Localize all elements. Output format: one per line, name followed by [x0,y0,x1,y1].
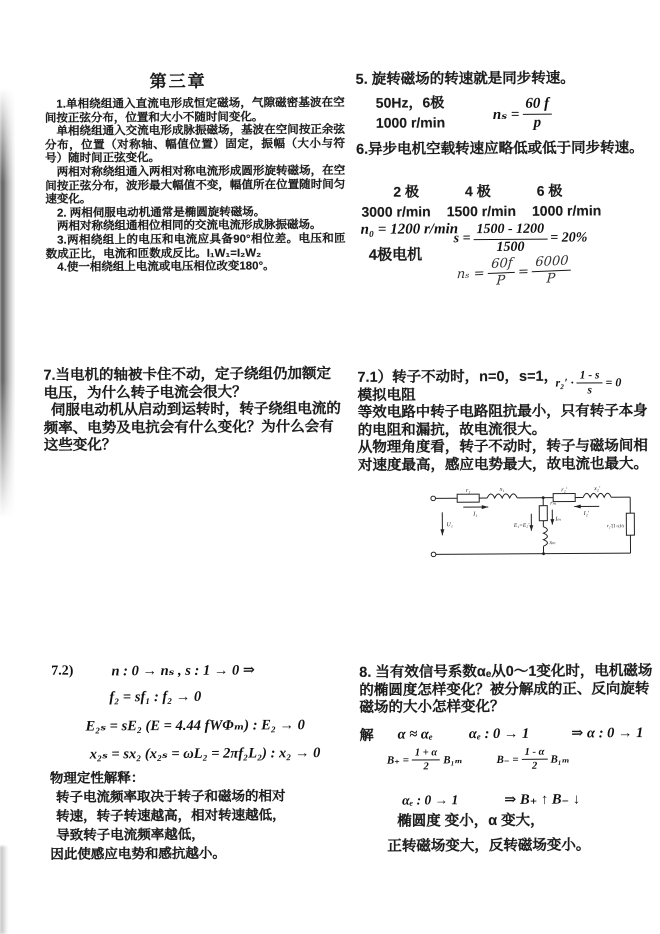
physics-line-4: 导致转子电流频率越低， [50,824,286,844]
resistor-r1-icon [457,494,479,502]
physics-line-2: 转子电流频率取决于转子和磁场的相对 [50,786,286,806]
fraction-denominator: 1500 [493,239,527,255]
inductor-x2-icon [583,493,611,497]
note-paragraph-3: 两相对称绕组通入两相对称电流形成圆形旋转磁场，在空间按正弦分布，波形最大幅值不变… [45,165,345,208]
speed-4pole: 1500 r/min [447,203,516,219]
answer-7-1-para1: 等效电路中转子电路阻抗最小，只有转子本身的电阻和漏抗，故电流很大。 [358,403,658,440]
point-6-title: 6.异步电机空载转速应略低或低于同步转速。 [356,140,652,159]
fraction-numerator: 1 - α [522,747,548,760]
answer-8-line1: 解 α ≈ αₑ αₑ : 0 → 1 ⇒ α : 0 → 1 [360,723,644,745]
formula-sync-speed-lhs: nₛ = [493,105,520,124]
scanned-notes-page: 第三章 1.单相绕组通入直流电形成恒定磁场，气隙磁密基波在空间按正弦分布，位置和… [0,0,660,934]
formula-slip-fraction: 1500 - 1200 1500 [473,223,547,256]
physics-line-5: 因此使感应电势和感抗越小。 [50,843,286,863]
solve-label: 解 [360,725,374,745]
formula-b-plus-lhs: B₊ = [387,754,409,767]
poles-2: 2 极 [393,181,419,201]
question-7-part1: 7.当电机的轴被卡住不动，定子绕组仍加额定电压，为什么转子电流会很大？ [43,366,345,403]
poles-6: 6 极 [537,181,563,201]
handwritten-lhs: nₛ = [456,266,485,282]
fraction-denominator: P [493,273,509,288]
chapter-title: 第三章 [150,67,207,92]
point-5-title: 5. 旋转磁场的转速就是同步转速。 [356,70,656,89]
fraction-numerator: 1 + α [412,747,440,760]
fraction-numerator: 60f [488,257,516,274]
resistor-rm-icon [539,506,547,521]
fraction-denominator: 2 [420,760,431,772]
label-im: Iₘ [554,517,561,523]
speeds-row: 3000 r/min 1500 r/min 1000 r/min [361,202,601,219]
label-x2: x₂′ [593,486,601,492]
answer-7-2-label: 7.2) [51,664,73,680]
scan-edge-shadow [0,88,15,518]
formula-b-minus-rhs: B₁ₘ [550,753,569,766]
formula-alpha-approx: α ≈ αₑ [398,726,433,743]
fraction-numerator: 1500 - 1200 [473,223,547,240]
point-5-given: 50Hz，6极 1000 r/min [376,92,446,132]
fraction-numerator: 60⁠0⁠0 [532,255,572,272]
formula-b-plus: B₊ = 1 + α 2 B₁ₘ [387,747,463,772]
formula-n-s-limits: n : 0 → nₛ , s : 1 → 0 ⇒ [111,661,255,680]
formula-rotor-post: = 0 [605,375,621,390]
point-5-given-2: 1000 r/min [376,112,445,132]
fraction-denominator: 2 [529,760,540,772]
fraction-denominator: s [584,383,595,396]
question-7: 7.当电机的轴被卡住不动，定子绕组仍加额定电压，为什么转子电流会很大？ 伺服电动… [43,366,346,455]
label-i1: I₁ [472,512,477,518]
formula-b-plus-fraction: 1 + α 2 [412,747,440,772]
resistor-r2-icon [553,494,575,502]
poles-4: 4 极 [465,181,491,201]
speed-6pole: 1000 r/min [532,202,601,218]
formula-slip-result: = 20% [550,231,587,247]
answer-7-2: 7.2) n : 0 → nₛ , s : 1 → 0 ⇒ f₂ = sf₁ :… [51,661,362,764]
formula-alpha-e-range-2: αₑ : 0 → 1 [402,792,458,808]
label-rm: rₘ [550,501,556,507]
formula-slip-lhs: s = [454,231,471,247]
formula-n0: n₀ = 1200 r/min [361,221,459,239]
answer-8-line3: αₑ : 0 → 1 ⇒ B₊ ↑ B₋ ↓ [402,790,580,809]
label-u1: U₁ [446,522,452,528]
scan-edge-shadow-bottom [0,846,8,934]
fraction-numerator: 60 f [522,97,552,115]
formula-rotor-pre: r₂′ · [555,376,573,391]
formula-slip: s = 1500 - 1200 1500 = 20% [454,222,588,255]
formula-x2s: x₂ₛ = sx₂ (x₂ₛ = ωL₂ = 2πf₂L₂) : x₂ → 0 [90,744,362,764]
resistor-load-icon [626,513,634,535]
formula-rotor-resistance: r₂′ · 1 - s s = 0 [555,369,621,397]
conclusion-line-1: 椭圆度 变小，α 变大， [397,813,545,831]
formula-b-plus-rhs: B₁ₘ [443,753,462,766]
question-8: 8. 当有效信号系数αₑ从0～1变化时，电机磁场的椭圆度怎样变化？被分解成的正、… [359,663,659,717]
speed-2pole: 3000 r/min [361,203,430,219]
motor-4pole-label: 4极电机 [369,243,422,264]
note-paragraph-7: 4.使一相绕组上电流或电压相位改变180°。 [46,260,346,275]
summary-notes: 1.单相绕组通入直流电形成恒定磁场，气隙磁密基波在空间按正弦分布，位置和大小不随… [45,97,346,276]
inductor-x1-icon [487,494,517,498]
answer-7-1-para2: 从物理角度看，转子不动时，转子与磁场间相对速度最高，感应电势最大，故电流也最大。 [358,438,658,475]
formula-sync-speed: nₛ = 60 f p [493,97,556,132]
formula-b-minus: B₋ = 1 - α 2 B₁ₘ [496,747,569,772]
label-e1-e2: E₁=E₂′ [513,523,530,529]
label-i2: I₂′ [583,511,590,517]
label-r2: r₂′ [561,487,567,493]
note-paragraph-2: 单相绕组通入交流电形成脉振磁场，基波在空间按正余弦分布，位置（对称轴、幅值位置）… [45,124,345,167]
page-sheet: 第三章 1.单相绕组通入直流电形成恒定磁场，气隙磁密基波在空间按正弦分布，位置和… [0,0,660,934]
inductor-xm-icon [543,527,547,547]
physics-line-3: 转速，转子转速越高，相对转速越低， [50,805,286,825]
formula-rotor-fraction: 1 - s s [577,369,603,396]
handwritten-fraction-1: 60f P [487,257,516,289]
formula-b-minus-fraction: 1 - α 2 [522,747,548,772]
formula-alpha-e-range: αₑ : 0 → 1 [469,725,529,742]
fraction-numerator: 1 - s [577,369,603,383]
fraction-denominator: p [531,114,545,131]
answer-8-b-formulas: B₊ = 1 + α 2 B₁ₘ B₋ = 1 - α 2 B₁ₘ [387,747,570,773]
physics-line-1: 物理定性解释： [50,767,286,787]
handwritten-sync-speed-note: nₛ = 60f P = 60⁠0⁠0 P [456,254,575,289]
formula-e2s: E₂ₛ = sE₂ (E = 4.44 fWΦₘ) : E₂ → 0 [86,716,362,736]
question-7-part2: 伺服电动机从启动到运转时，转子绕组电流的频率、电势及电抗会有什么变化？为什么会有… [44,401,346,455]
formula-b-minus-lhs: B₋ = [496,753,518,766]
fraction-denominator: P [543,271,559,286]
formula-f2: f₂ = sf₁ : f₂ → 0 [109,688,361,707]
label-r1: r₁ [466,488,470,494]
formula-sync-speed-fraction: 60 f p [522,97,552,132]
label-xm: xₘ [548,540,556,546]
formula-b-trend: ⇒ B₊ ↑ B₋ ↓ [504,790,580,808]
formula-alpha-range: ⇒ α : 0 → 1 [571,724,643,742]
handwritten-equals: = [517,264,529,279]
note-paragraph-1: 1.单相绕组通入直流电形成恒定磁场，气隙磁密基波在空间按正弦分布，位置和大小不随… [45,97,345,126]
handwritten-fraction-2: 60⁠0⁠0 P [531,255,572,287]
label-rload: r₂′(1-s)/s [607,524,625,529]
physics-explanation: 物理定性解释： 转子电流频率取决于转子和磁场的相对 转速，转子转速越高，相对转速… [50,767,286,863]
equivalent-circuit-diagram: r₁ x₁ r₂′ x₂′ I₁ I₂′ U₁ rₘ Iₘ xₘ E₁=E₂′ … [425,485,640,564]
terminal-top-icon [431,496,436,501]
poles-row: 2 极 4 极 6 极 [393,181,562,202]
note-paragraph-6: 3.两相绕组上的电压和电流应具备90°相位差。电压和匝数成正比，电流和匝数成反比… [46,233,346,262]
label-x1: x₁ [499,487,505,493]
terminal-bottom-icon [431,552,436,557]
point-5-given-1: 50Hz，6极 [376,92,445,112]
conclusion-line-2: 正转磁场变大，反转磁场变小。 [387,837,590,856]
